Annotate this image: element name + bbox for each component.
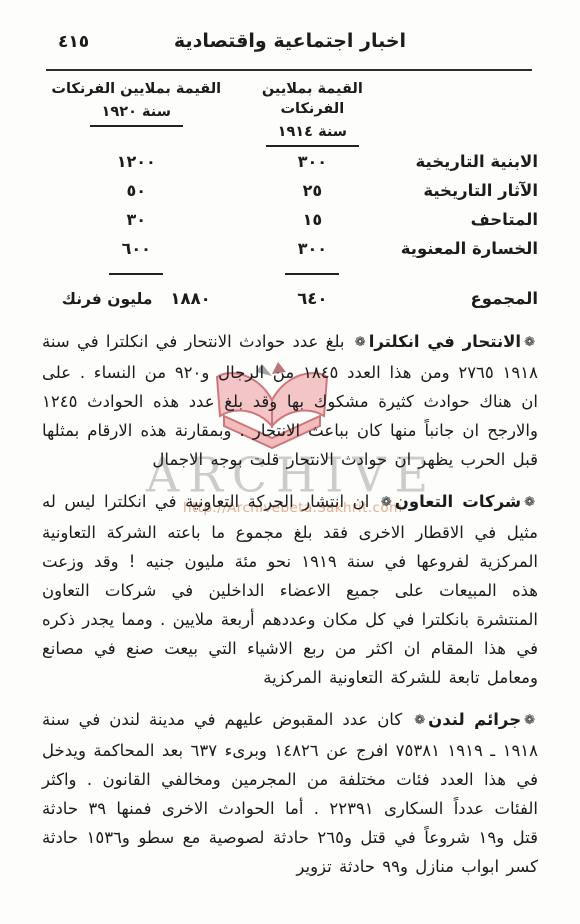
totals-value-1920-number: ١٨٨٠ xyxy=(170,289,210,308)
row-value-1914: ٣٠٠ xyxy=(231,234,395,263)
row-label: الآثار التاريخية xyxy=(394,176,538,205)
page-title: اخبار اجتماعية واقتصادية xyxy=(42,30,538,52)
page-content: ٤١٥ اخبار اجتماعية واقتصادية القيمة بملا… xyxy=(0,0,580,881)
section-body: كان عدد المقبوض عليهم في مدينة لندن في س… xyxy=(42,710,538,876)
totals-separator-row xyxy=(42,263,538,282)
totals-rule-1920 xyxy=(109,273,163,275)
losses-table: القيمة بملايين الفرنكات سنة ١٩١٤ القيمة … xyxy=(42,79,538,314)
section-title: جرائم لندن xyxy=(428,710,521,729)
row-value-1920: ٥٠ xyxy=(42,176,231,205)
row-value-1920: ١٢٠٠ xyxy=(42,147,231,176)
totals-rule-1914 xyxy=(285,273,339,275)
row-value-1914: ٢٥ xyxy=(231,176,395,205)
table-row: الآثار التاريخية ٢٥ ٥٠ xyxy=(42,176,538,205)
table-row: المتاحف ١٥ ٣٠ xyxy=(42,205,538,234)
page-header: ٤١٥ اخبار اجتماعية واقتصادية xyxy=(42,30,538,60)
row-value-1920: ٦٠٠ xyxy=(42,234,231,263)
section-ornament-icon: ❁ xyxy=(352,335,369,350)
section-ornament-icon: ❁ xyxy=(521,335,538,350)
totals-unit: مليون فرنك xyxy=(62,290,153,308)
section-ornament-icon: ❁ xyxy=(521,713,538,728)
totals-value-1914: ٦٤٠ xyxy=(231,282,395,314)
column-header-1914-year: سنة ١٩١٤ xyxy=(266,121,359,147)
header-divider xyxy=(46,69,532,71)
totals-row: المجموع ٦٤٠ ١٨٨٠مليون فرنك xyxy=(42,282,538,314)
page-number: ٤١٥ xyxy=(58,32,89,52)
table-header-row: القيمة بملايين الفرنكات سنة ١٩١٤ القيمة … xyxy=(42,79,538,147)
column-header-1920-year: سنة ١٩٢٠ xyxy=(90,101,183,127)
section-ornament-icon: ❁ xyxy=(378,495,395,510)
row-label: الخسارة المعنوية xyxy=(394,234,538,263)
column-header-1914-caption: القيمة بملايين الفرنكات xyxy=(262,81,363,117)
section-ornament-icon: ❁ xyxy=(521,495,538,510)
column-header-1920: القيمة بملايين الفرنكات سنة ١٩٢٠ xyxy=(42,79,231,147)
section-body: ان انتشار الحركة التعاونية في انكلترا لي… xyxy=(42,492,538,687)
scanned-document-page: ARCHIVE http://Archivebeta.Sakhrit.com ٤… xyxy=(0,0,580,924)
section-body: بلغ عدد حوادث الانتحار في انكلترا في سنة… xyxy=(42,332,538,469)
section-cooperative-societies: ❁شركات التعاون❁ ان انتشار الحركة التعاون… xyxy=(42,487,538,692)
table-row: الخسارة المعنوية ٣٠٠ ٦٠٠ xyxy=(42,234,538,263)
table-row: الابنية التاريخية ٣٠٠ ١٢٠٠ xyxy=(42,147,538,176)
section-ornament-icon: ❁ xyxy=(411,713,428,728)
section-london-crimes: ❁جرائم لندن❁ كان عدد المقبوض عليهم في مد… xyxy=(42,705,538,881)
row-label: المتاحف xyxy=(394,205,538,234)
section-suicide-england: ❁الانتحار في انكلترا❁ بلغ عدد حوادث الان… xyxy=(42,327,538,474)
row-value-1914: ٣٠٠ xyxy=(231,147,395,176)
column-header-1920-caption: القيمة بملايين الفرنكات xyxy=(51,81,221,97)
section-title: الانتحار في انكلترا xyxy=(369,332,521,351)
row-label: الابنية التاريخية xyxy=(394,147,538,176)
row-value-1914: ١٥ xyxy=(231,205,395,234)
totals-value-1920: ١٨٨٠مليون فرنك xyxy=(42,282,231,314)
row-value-1920: ٣٠ xyxy=(42,205,231,234)
column-header-1914: القيمة بملايين الفرنكات سنة ١٩١٤ xyxy=(231,79,395,147)
section-title: شركات التعاون xyxy=(395,492,521,511)
totals-label: المجموع xyxy=(394,282,538,314)
